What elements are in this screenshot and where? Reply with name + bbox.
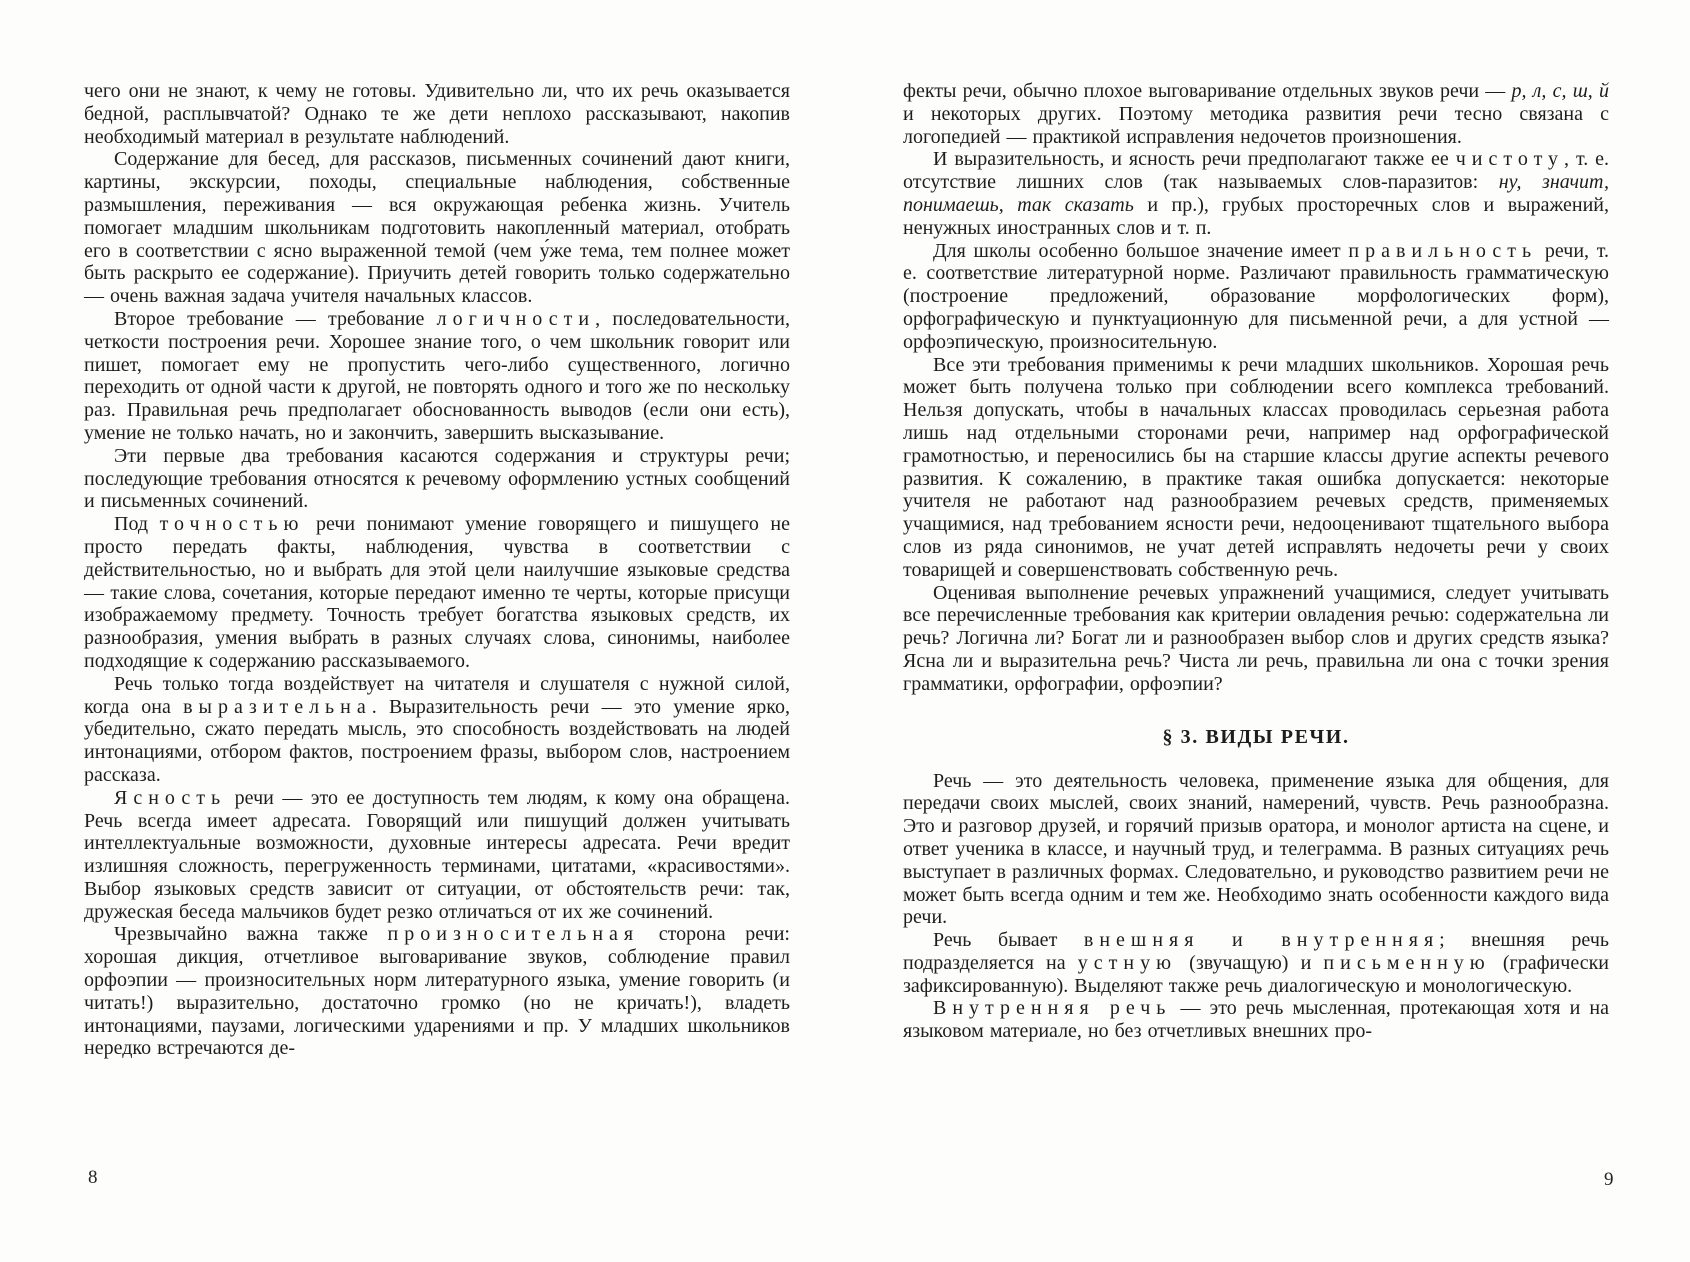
text-run-normal: И выразительность, и ясность речи предпо… [933,148,1456,170]
paragraph: Эти первые два требования касаются содер… [84,445,790,513]
text-run-normal: Оценивая выполнение речевых упражнений у… [903,582,1609,695]
text-run-spaced: Внутренняя речь [933,997,1171,1019]
text-run-normal: фекты речи, обычно плохое выговаривание … [903,80,1511,102]
paragraph: Речь — это деятельность человека, примен… [903,770,1609,930]
page-number-left: 8 [88,1168,98,1188]
paragraph: Внутренняя речь — это речь мысленная, пр… [903,997,1609,1043]
text-run-normal: и некоторых других. Поэтому методика раз… [903,103,1609,148]
paragraph: И выразительность, и ясность речи предпо… [903,148,1609,239]
paragraph: Чрезвычайно важна также произносительная… [84,923,790,1060]
book-page-left: чего они не знают, к чему не готовы. Уди… [84,80,790,1060]
paragraph: Содержание для бесед, для рассказов, пис… [84,148,790,308]
paragraph: Речь бывает внешняя и внутренняя; внешня… [903,929,1609,997]
text-run-spaced: правильность [1348,240,1537,262]
text-run-spaced: точностью [160,513,305,535]
paragraph: Ясность речи — это ее доступность тем лю… [84,787,790,924]
text-run-normal: речи понимают умение говорящего и пишуще… [84,513,790,672]
paragraph: Речь только тогда воздействует на читате… [84,673,790,787]
paragraph: Под точностью речи понимают умение говор… [84,513,790,673]
text-run-spaced: Ясность [114,787,226,809]
text-run-normal: (звучащую) и [1177,952,1323,974]
book-page-right: фекты речи, обычно плохое выговаривание … [903,80,1609,1043]
book-spread-scan: чего они не знают, к чему не готовы. Уди… [0,0,1690,1262]
paragraph: чего они не знают, к чему не готовы. Уди… [84,80,790,148]
text-run-spaced: чистоту [1456,148,1564,170]
page-number-right: 9 [1604,1170,1614,1190]
paragraph: Оценивая выполнение речевых упражнений у… [903,582,1609,696]
paragraph: фекты речи, обычно плохое выговаривание … [903,80,1609,148]
text-run-normal: Для школы особенно большое значение имее… [933,240,1348,262]
text-run-spaced: внешняя и внутренняя [1084,929,1439,951]
paragraph: Все эти требования применимы к речи млад… [903,354,1609,582]
text-run-spaced: произносительная [388,923,640,945]
text-run-normal: Речь бывает [933,929,1084,951]
text-run-normal: чего они не знают, к чему не готовы. Уди… [84,80,790,148]
text-run-normal: Речь — это деятельность человека, примен… [903,770,1609,929]
text-run-italic: р, л, с, ш, й [1511,80,1609,102]
page-right-text-bottom: Речь — это деятельность человека, примен… [903,770,1609,1044]
text-run-spaced: письменную [1323,952,1490,974]
page-left-text: чего они не знают, к чему не готовы. Уди… [84,80,790,1060]
text-run-spaced: логичности [437,308,595,330]
text-run-normal: Все эти требования применимы к речи млад… [903,354,1609,581]
paragraph: Второе требование — требование логичност… [84,308,790,445]
text-run-normal: Содержание для бесед, для рассказов, пис… [84,148,790,307]
text-run-spaced: выразительна [183,696,372,718]
page-right-text-top: фекты речи, обычно плохое выговаривание … [903,80,1609,696]
section-heading: § 3. ВИДЫ РЕЧИ. [903,726,1609,749]
text-run-normal: Второе требование — требование [114,308,437,330]
text-run-normal: Эти первые два требования касаются содер… [84,445,790,513]
text-run-spaced: устную [1078,952,1177,974]
text-run-normal: Под [114,513,160,535]
text-run-normal: Чрезвычайно важна также [114,923,388,945]
paragraph: Для школы особенно большое значение имее… [903,240,1609,354]
